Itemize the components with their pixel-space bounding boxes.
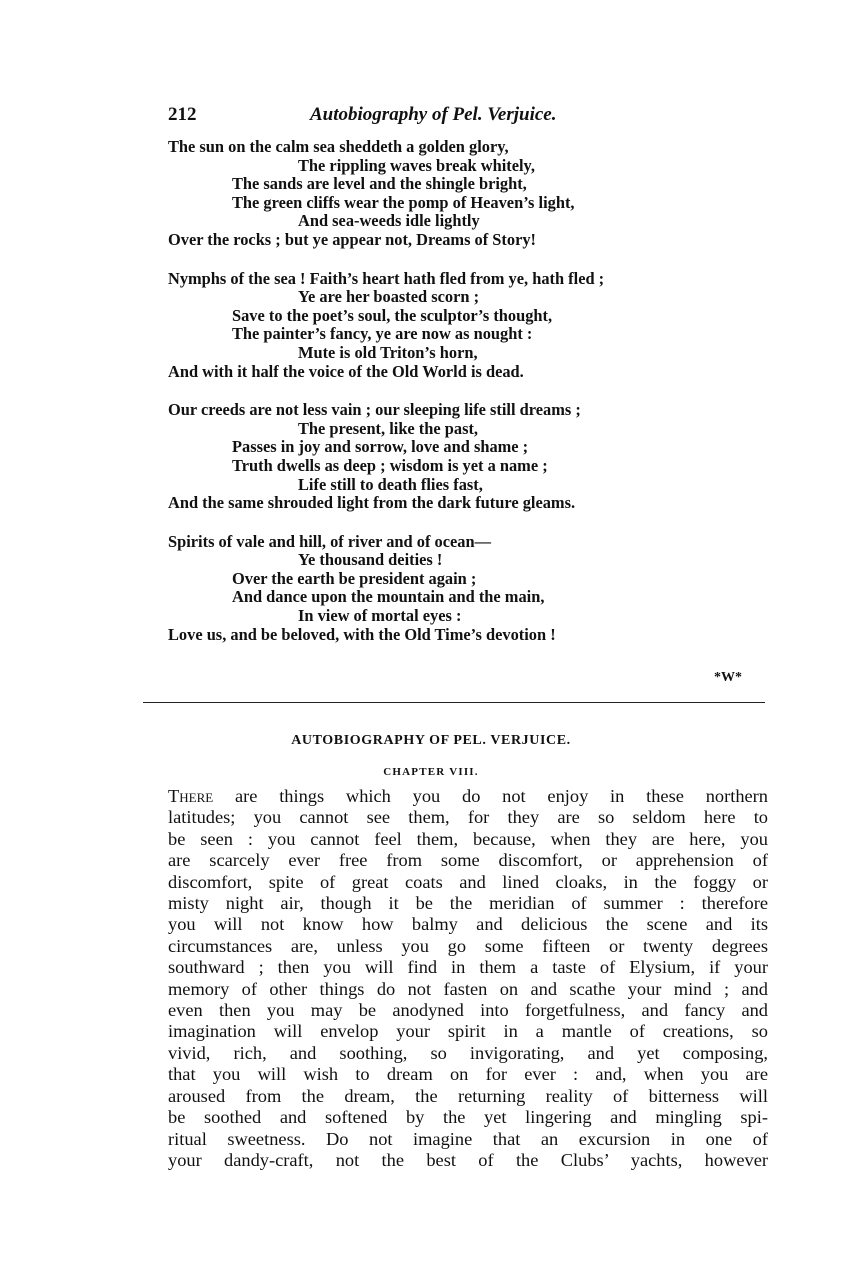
poem-line: Save to the poet’s soul, the sculptor’s … — [168, 307, 768, 326]
prose-line: are scarcely ever free from some discomf… — [168, 850, 768, 871]
drop-word: There — [168, 786, 213, 806]
prose-line: ritual sweetness. Do not imagine that an… — [168, 1129, 768, 1150]
prose-line: your dandy-craft, not the best of the Cl… — [168, 1150, 768, 1171]
poem-line: Over the earth be president again ; — [168, 570, 768, 589]
section-divider — [143, 702, 765, 703]
prose-line: imagination will envelop your spirit in … — [168, 1021, 768, 1042]
poem-line: Ye are her boasted scorn ; — [168, 288, 768, 307]
poem-line: And sea-weeds idle lightly — [168, 212, 768, 231]
article-body: There are things which you do not enjoy … — [168, 786, 768, 1171]
running-title: Autobiography of Pel. Verjuice. — [310, 104, 556, 126]
poem-line: Over the rocks ; but ye appear not, Drea… — [168, 231, 768, 250]
poem-line: Our creeds are not less vain ; our sleep… — [168, 401, 768, 420]
poem-line: Passes in joy and sorrow, love and shame… — [168, 438, 768, 457]
poem-line: Nymphs of the sea ! Faith’s heart hath f… — [168, 270, 768, 289]
poem-signature: *W* — [714, 670, 742, 686]
poem-stanza: The sun on the calm sea sheddeth a golde… — [168, 138, 768, 250]
poem-line: In view of mortal eyes : — [168, 607, 768, 626]
poem-line: The present, like the past, — [168, 420, 768, 439]
prose-line: memory of other things do not fasten on … — [168, 979, 768, 1000]
poem-line: And the same shrouded light from the dar… — [168, 494, 768, 513]
poem-stanza: Nymphs of the sea ! Faith’s heart hath f… — [168, 270, 768, 382]
poem-stanza: Our creeds are not less vain ; our sleep… — [168, 401, 768, 513]
poem-line: Spirits of vale and hill, of river and o… — [168, 533, 768, 552]
poem-line: And with it half the voice of the Old Wo… — [168, 363, 768, 382]
article-title: AUTOBIOGRAPHY OF PEL. VERJUICE. — [0, 733, 862, 749]
poem-line: And dance upon the mountain and the main… — [168, 588, 768, 607]
page-number: 212 — [168, 104, 197, 126]
prose-line: vivid, rich, and soothing, so invigorati… — [168, 1043, 768, 1064]
prose-line: you will not know how balmy and deliciou… — [168, 914, 768, 935]
prose-line: be seen : you cannot feel them, because,… — [168, 829, 768, 850]
poem-line: Love us, and be beloved, with the Old Ti… — [168, 626, 768, 645]
prose-line: There are things which you do not enjoy … — [168, 786, 768, 807]
poem: The sun on the calm sea sheddeth a golde… — [168, 138, 768, 664]
poem-line: Mute is old Triton’s horn, — [168, 344, 768, 363]
poem-line: The sun on the calm sea sheddeth a golde… — [168, 138, 768, 157]
prose-line: misty night air, though it be the meridi… — [168, 893, 768, 914]
prose-line: latitudes; you cannot see them, for they… — [168, 807, 768, 828]
chapter-heading: CHAPTER VIII. — [0, 766, 862, 778]
prose-line: even then you may be anodyned into forge… — [168, 1000, 768, 1021]
poem-line: Life still to death flies fast, — [168, 476, 768, 495]
poem-line: The sands are level and the shingle brig… — [168, 175, 768, 194]
page-header: 212 Autobiography of Pel. Verjuice. — [168, 104, 768, 132]
prose-line: discomfort, spite of great coats and lin… — [168, 872, 768, 893]
poem-line: The rippling waves break whitely, — [168, 157, 768, 176]
poem-line: The painter’s fancy, ye are now as nough… — [168, 325, 768, 344]
poem-stanza: Spirits of vale and hill, of river and o… — [168, 533, 768, 645]
prose-line: be soothed and softened by the yet linge… — [168, 1107, 768, 1128]
prose-line: aroused from the dream, the returning re… — [168, 1086, 768, 1107]
poem-line: Truth dwells as deep ; wisdom is yet a n… — [168, 457, 768, 476]
poem-line: The green cliffs wear the pomp of Heaven… — [168, 194, 768, 213]
poem-line: Ye thousand deities ! — [168, 551, 768, 570]
prose-line: that you will wish to dream on for ever … — [168, 1064, 768, 1085]
prose-line: circumstances are, unless you go some fi… — [168, 936, 768, 957]
prose-line: southward ; then you will find in them a… — [168, 957, 768, 978]
